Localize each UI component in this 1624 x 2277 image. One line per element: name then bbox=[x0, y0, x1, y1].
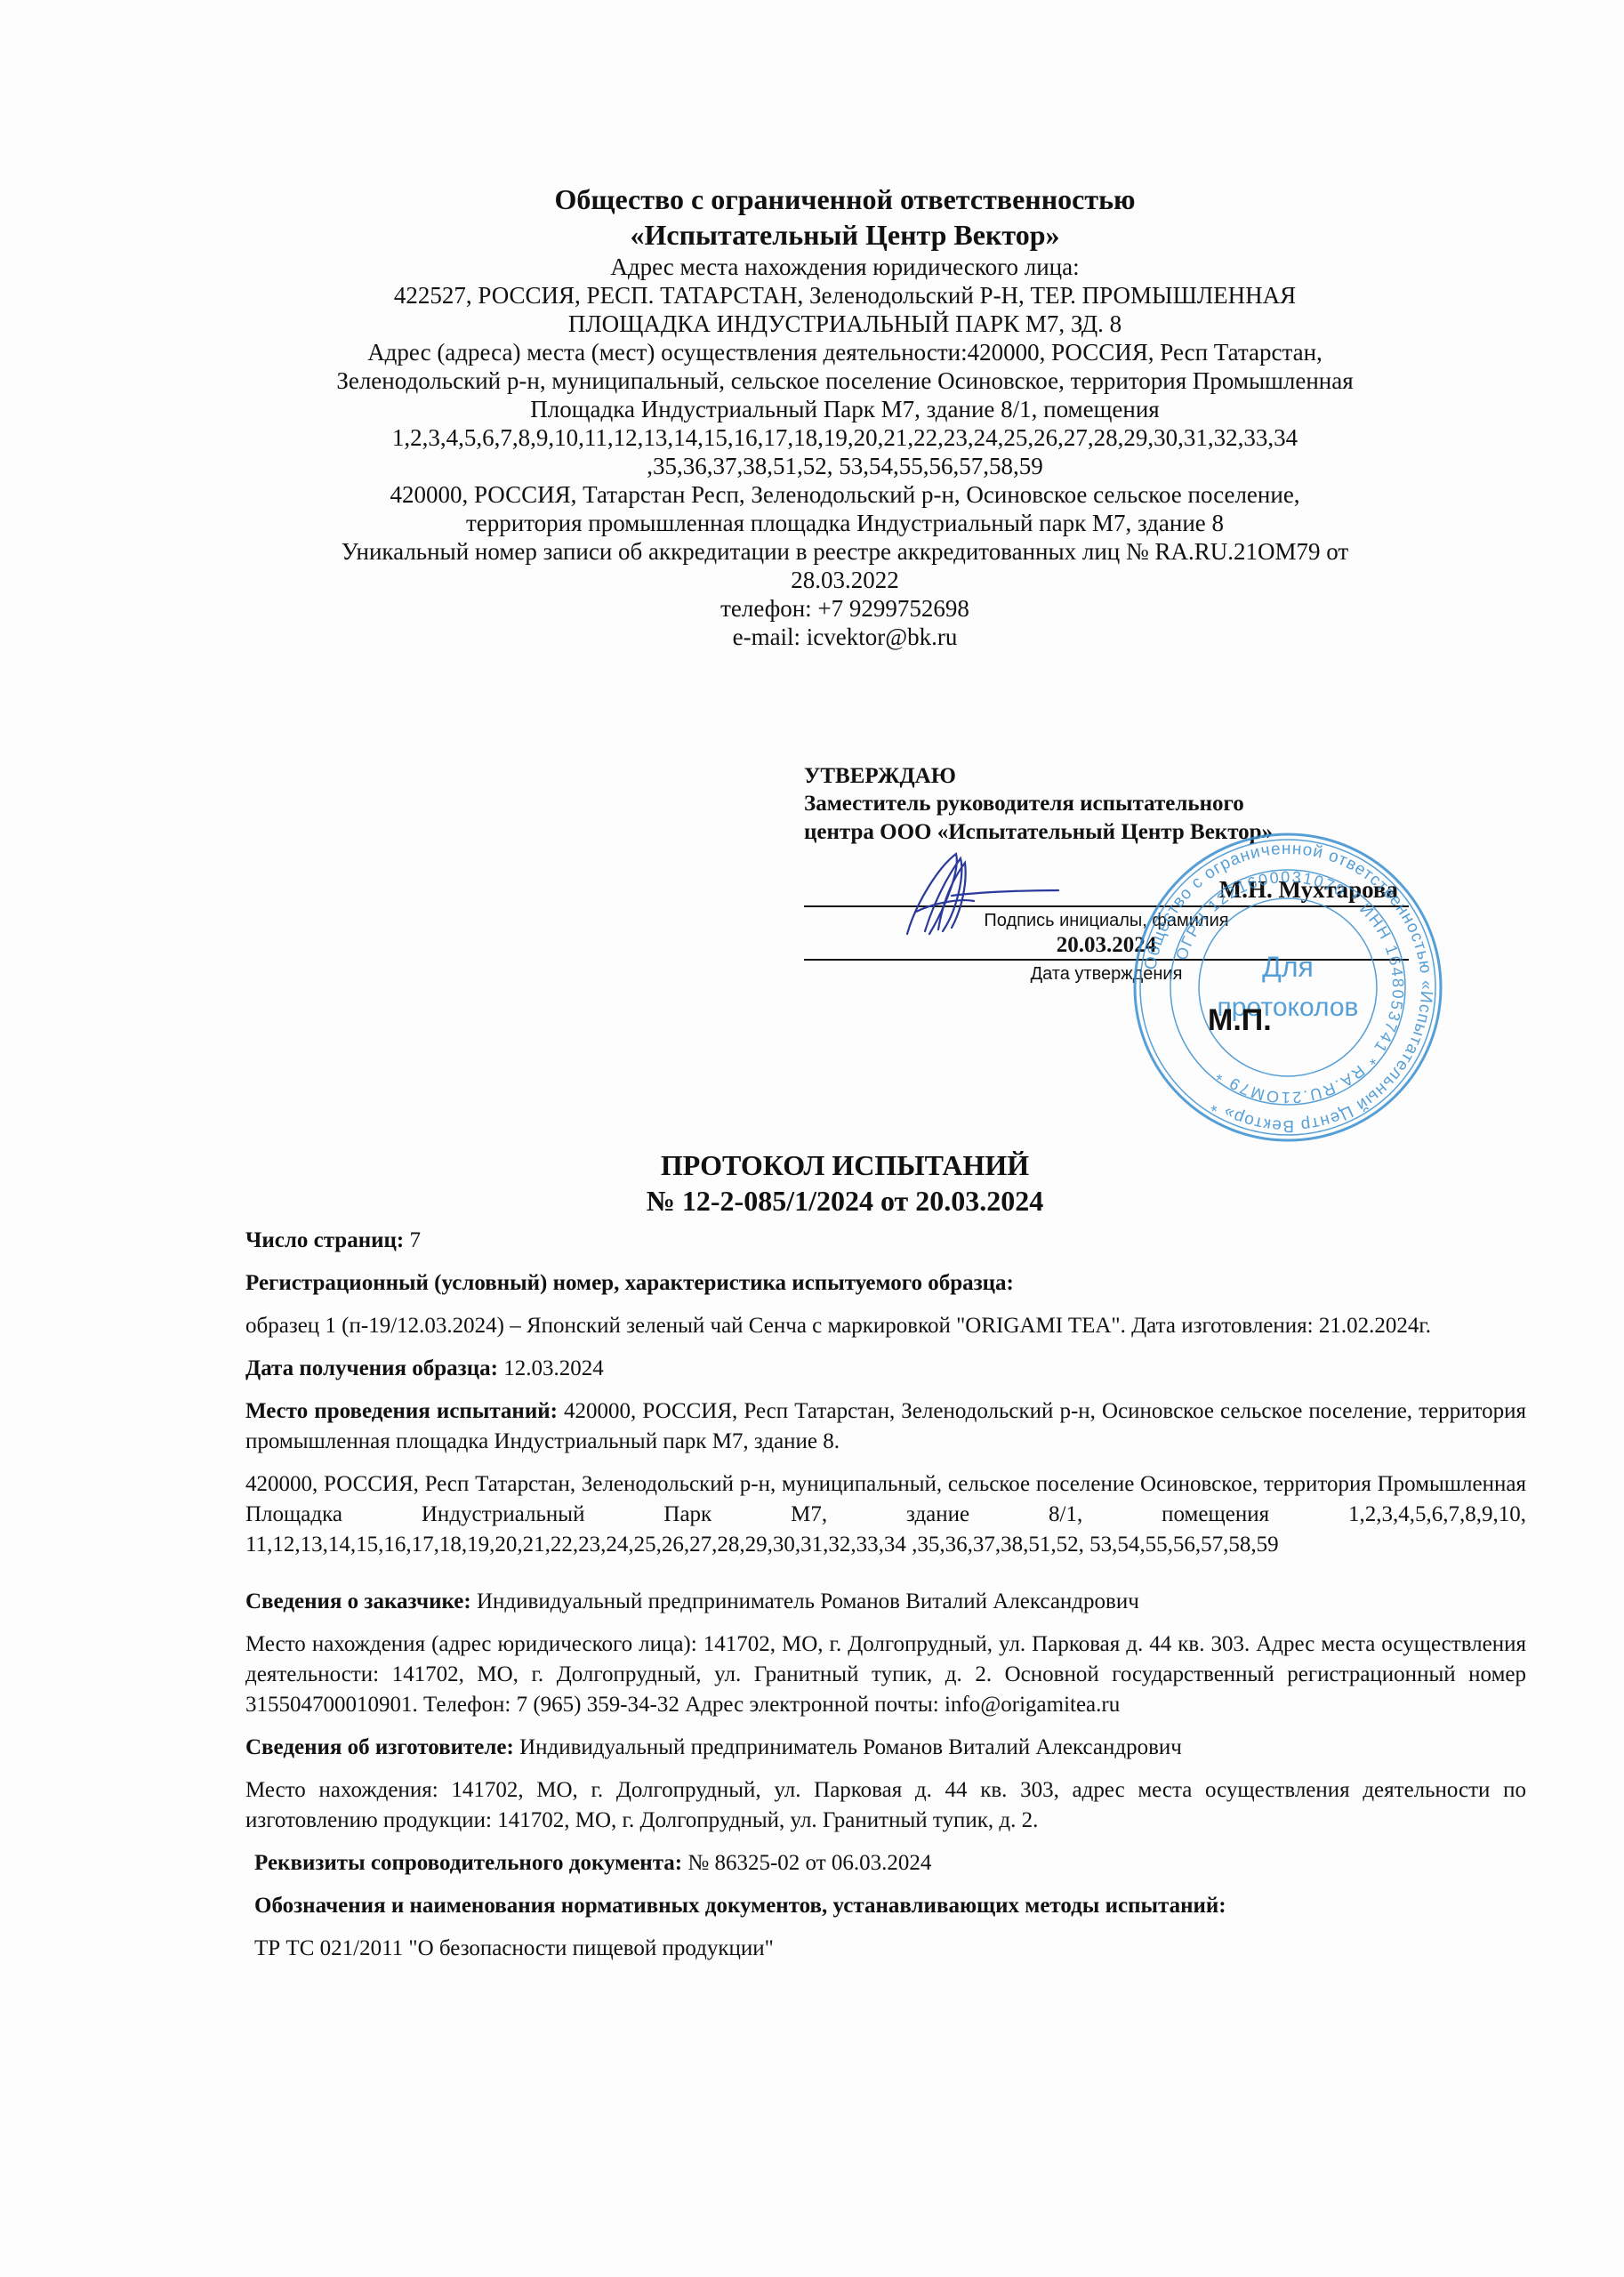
phone-line: телефон: +7 9299752698 bbox=[267, 594, 1423, 623]
field-value: № 86325-02 от 06.03.2024 bbox=[682, 1851, 931, 1875]
normative-docs-value: ТР ТС 021/2011 "О безопасности пищевой п… bbox=[245, 1934, 1526, 1964]
header-line: Зеленодольский р-н, муниципальный, сельс… bbox=[267, 366, 1423, 395]
header-line: ПЛОЩАДКА ИНДУСТРИАЛЬНЫЙ ПАРК М7, ЗД. 8 bbox=[267, 310, 1423, 338]
header-line: 422527, РОССИЯ, РЕСП. ТАТАРСТАН, Зеленод… bbox=[267, 281, 1423, 310]
organization-name: Общество с ограниченной ответственностью bbox=[267, 181, 1423, 217]
field-label: Место проведения испытаний: bbox=[245, 1399, 558, 1423]
customer-details: Место нахождения (адрес юридического лиц… bbox=[245, 1629, 1526, 1720]
customer-field: Сведения о заказчике: Индивидуальный пре… bbox=[245, 1587, 1526, 1617]
accreditation-line: Уникальный номер записи об аккредитации … bbox=[267, 537, 1423, 566]
approval-title: УТВЕРЖДАЮ bbox=[804, 763, 1409, 790]
normative-docs-label: Обозначения и наименования нормативных д… bbox=[245, 1891, 1526, 1921]
test-place-address-2: 420000, РОССИЯ, Респ Татарстан, Зеленодо… bbox=[245, 1469, 1526, 1560]
field-value: 12.03.2024 bbox=[498, 1356, 604, 1380]
document-page: Общество с ограниченной ответственностью… bbox=[0, 0, 1624, 2277]
field-value: 7 bbox=[404, 1228, 421, 1252]
header-line: Площадка Индустриальный Парк М7, здание … bbox=[267, 395, 1423, 423]
pages-count-field: Число страниц: 7 bbox=[245, 1226, 1526, 1256]
field-label: Реквизиты сопроводительного документа: bbox=[254, 1851, 682, 1875]
header-line: ,35,36,37,38,51,52, 53,54,55,56,57,58,59 bbox=[267, 452, 1423, 480]
received-date-field: Дата получения образца: 12.03.2024 bbox=[245, 1354, 1526, 1384]
svg-text:Для: Для bbox=[1262, 951, 1314, 983]
field-label: Обозначения и наименования нормативных д… bbox=[254, 1894, 1226, 1918]
email-line: e-mail: icvektor@bk.ru bbox=[267, 623, 1423, 651]
field-label: Дата получения образца: bbox=[245, 1356, 498, 1380]
field-value: Индивидуальный предприниматель Романов В… bbox=[471, 1589, 1139, 1613]
field-value: Индивидуальный предприниматель Романов В… bbox=[514, 1735, 1182, 1759]
organization-header: Общество с ограниченной ответственностью… bbox=[267, 181, 1423, 651]
header-line: 1,2,3,4,5,6,7,8,9,10,11,12,13,14,15,16,1… bbox=[267, 423, 1423, 452]
protocol-number: № 12-2-085/1/2024 от 20.03.2024 bbox=[267, 1183, 1423, 1219]
sample-label: Регистрационный (условный) номер, характ… bbox=[245, 1268, 1526, 1299]
field-label: Сведения об изготовителе: bbox=[245, 1735, 514, 1759]
protocol-body: Число страниц: 7 Регистрационный (условн… bbox=[245, 1226, 1526, 1976]
field-label: Число страниц: bbox=[245, 1228, 404, 1252]
svg-text:ОГРН 1221600031070 * ИНН 16480: ОГРН 1221600031070 * ИНН 1648053741 * RA… bbox=[1172, 868, 1407, 1106]
stamp-seal-icon: Общество с ограниченной ответственностью… bbox=[1128, 827, 1448, 1147]
manufacturer-details: Место нахождения: 141702, МО, г. Долгопр… bbox=[245, 1775, 1526, 1836]
manufacturer-field: Сведения об изготовителе: Индивидуальный… bbox=[245, 1733, 1526, 1763]
header-line: Адрес места нахождения юридического лица… bbox=[267, 253, 1423, 281]
signature-icon bbox=[889, 849, 1076, 938]
protocol-title: ПРОТОКОЛ ИСПЫТАНИЙ bbox=[267, 1147, 1423, 1183]
sample-description: образец 1 (п-19/12.03.2024) – Японский з… bbox=[245, 1311, 1526, 1341]
seal-place-mark: М.П. bbox=[1208, 1003, 1272, 1038]
header-line: Адрес (адреса) места (мест) осуществлени… bbox=[267, 338, 1423, 366]
approver-position: Заместитель руководителя испытательного bbox=[804, 790, 1409, 818]
header-line: территория промышленная площадка Индустр… bbox=[267, 509, 1423, 537]
accompanying-document-field: Реквизиты сопроводительного документа: №… bbox=[245, 1848, 1526, 1879]
accreditation-date: 28.03.2022 bbox=[267, 566, 1423, 594]
organization-brand: «Испытательный Центр Вектор» bbox=[267, 217, 1423, 253]
field-label: Регистрационный (условный) номер, характ… bbox=[245, 1271, 1014, 1295]
test-place-field: Место проведения испытаний: 420000, РОСС… bbox=[245, 1396, 1526, 1457]
protocol-title-block: ПРОТОКОЛ ИСПЫТАНИЙ № 12-2-085/1/2024 от … bbox=[267, 1147, 1423, 1219]
header-line: 420000, РОССИЯ, Татарстан Респ, Зеленодо… bbox=[267, 480, 1423, 509]
field-label: Сведения о заказчике: bbox=[245, 1589, 471, 1613]
